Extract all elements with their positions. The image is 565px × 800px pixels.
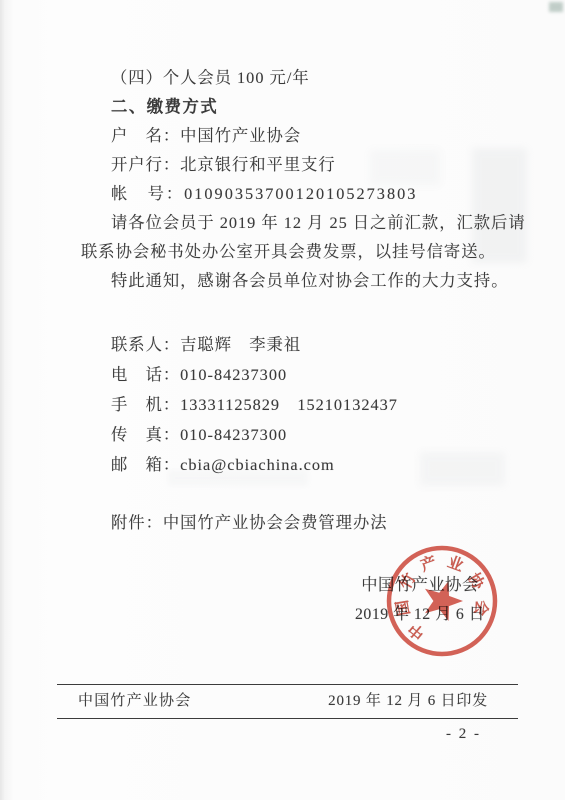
telephone-line: 电 话：010-84237300 xyxy=(81,360,493,390)
official-seal-graphic: 中国竹产业协会 xyxy=(383,542,501,660)
payment-method-heading: 二、缴费方式 xyxy=(81,92,493,121)
footer-print-date: 2019 年 12 月 6 日印发 xyxy=(328,690,488,712)
contact-info-block: 联系人：吉聪辉 李秉祖 电 话：010-84237300 手 机：1333112… xyxy=(81,330,493,480)
document-body: （四）个人会员 100 元/年 二、缴费方式 户 名：中国竹产业协会 开户行：北… xyxy=(81,63,493,295)
fax-line: 传 真：010-84237300 xyxy=(81,420,493,450)
footer-issuing-org: 中国竹产业协会 xyxy=(78,690,191,712)
official-seal: 中国竹产业协会 xyxy=(383,542,501,660)
remittance-notice-line-1: 请各位会员于 2019 年 12 月 25 日之前汇款，汇款后请 xyxy=(81,208,493,237)
svg-text:国: 国 xyxy=(392,598,413,617)
remittance-notice-line-2: 联系协会秘书处办公室开具会费发票，以挂号信寄送。 xyxy=(81,237,493,266)
page-number: - 2 - xyxy=(446,724,481,744)
svg-text:协: 协 xyxy=(465,570,489,593)
mobile-line: 手 机：13331125829 15210132437 xyxy=(81,390,493,420)
individual-member-fee-line: （四）个人会员 100 元/年 xyxy=(81,63,493,92)
closing-thanks-line: 特此通知，感谢各会员单位对协会工作的大力支持。 xyxy=(81,266,493,295)
footer-top-rule xyxy=(57,684,518,685)
account-number-line: 帐 号：01090353700120105273803 xyxy=(81,179,493,208)
bank-branch-line: 开户行：北京银行和平里支行 xyxy=(81,150,493,179)
footer-bottom-rule xyxy=(57,718,518,719)
attachment-line: 附件：中国竹产业协会会费管理办法 xyxy=(81,508,493,538)
account-name-line: 户 名：中国竹产业协会 xyxy=(81,121,493,150)
svg-text:业: 业 xyxy=(445,553,466,575)
corner-smudge xyxy=(549,2,563,12)
contact-person-line: 联系人：吉聪辉 李秉祖 xyxy=(81,330,493,360)
svg-text:会: 会 xyxy=(471,599,492,618)
scanned-document-page: （四）个人会员 100 元/年 二、缴费方式 户 名：中国竹产业协会 开户行：北… xyxy=(0,0,565,800)
svg-text:产: 产 xyxy=(418,552,440,575)
email-line: 邮 箱：cbia@cbiachina.com xyxy=(81,450,493,480)
